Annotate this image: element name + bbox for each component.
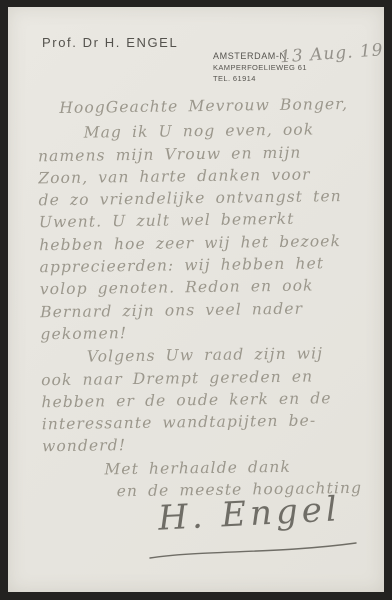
handwritten-date: 13 Aug. 1964 [279,39,384,68]
salutation: HoogGeachte Mevrouw Bonger, [59,93,367,120]
signature-flourish [146,540,361,562]
letter-line: wonderd! [42,431,372,458]
letter-line: gekomen! [40,319,370,346]
letter-body: HoogGeachte Mevrouw Bonger, Mag ik U nog… [37,93,373,504]
photo-frame: Prof. Dr H. ENGEL AMSTERDAM-N. KAMPERFOE… [0,0,392,600]
paragraph-1: Mag ik U nog even, ook namens mijn Vrouw… [38,118,371,346]
signature: H. Engel [157,489,342,539]
address-phone: TEL. 61914 [213,74,307,83]
letter-page: Prof. Dr H. ENGEL AMSTERDAM-N. KAMPERFOE… [8,7,384,592]
letterhead-name: Prof. Dr H. ENGEL [42,35,178,50]
paragraph-2: Volgens Uw raad zijn wij ook naar Drempt… [41,342,373,458]
